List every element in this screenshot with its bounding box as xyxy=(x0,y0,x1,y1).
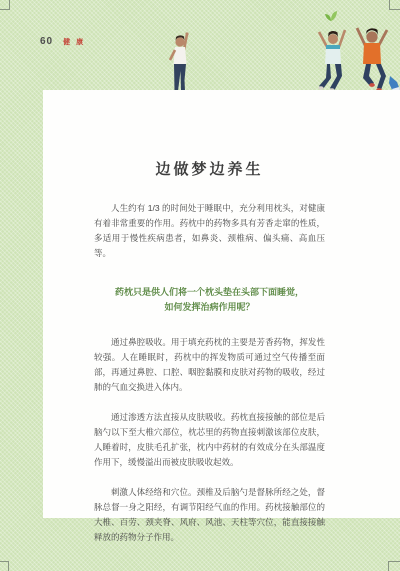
article-panel: 边做梦边养生 人生约有 1/3 的时间处于睡眠中，充分利用枕头，对健康有着非常重… xyxy=(43,90,400,518)
corner-crop-mark xyxy=(388,561,400,571)
section-label: 健康 xyxy=(63,37,89,47)
body-paragraph: 通过鼻腔吸收。用于填充药枕的主要是芳香药物，挥发性较强。人在睡眠时，药枕中的挥发… xyxy=(94,335,325,395)
intro-paragraph: 人生约有 1/3 的时间处于睡眠中，充分利用枕头，对健康有着非常重要的作用。药枕… xyxy=(94,201,325,261)
jumping-woman-icon xyxy=(350,24,398,98)
highlight-question: 药枕只是供人们将一个枕头垫在头部下面睡觉， 如何发挥治病作用呢？ xyxy=(94,285,325,315)
jumping-woman-icon xyxy=(314,26,354,98)
article-title: 边做梦边养生 xyxy=(94,158,325,179)
page-number: 60 xyxy=(40,36,53,47)
corner-crop-mark xyxy=(0,0,10,10)
book-page: { "meta": { "page_number": "60", "sectio… xyxy=(0,0,400,571)
highlight-question-line1: 药枕只是供人们将一个枕头垫在头部下面睡觉， xyxy=(94,285,325,300)
corner-crop-mark xyxy=(389,0,400,10)
jumping-woman-icon xyxy=(166,31,200,99)
leaf-sprout-icon xyxy=(324,8,338,22)
body-paragraph: 刺激人体经络和穴位。颈椎及后脑勺是督脉所经之处，督脉总督一身之阳经，有调节阳经气… xyxy=(94,485,325,545)
corner-crop-mark xyxy=(0,561,9,571)
page-header: 60 健康 xyxy=(40,36,89,47)
body-paragraph: 通过渗透方法直接从皮肤吸收。药枕直接接触的部位是后脑勺以下至大椎穴部位，枕芯里的… xyxy=(94,410,325,470)
highlight-question-line2: 如何发挥治病作用呢？ xyxy=(94,300,325,315)
